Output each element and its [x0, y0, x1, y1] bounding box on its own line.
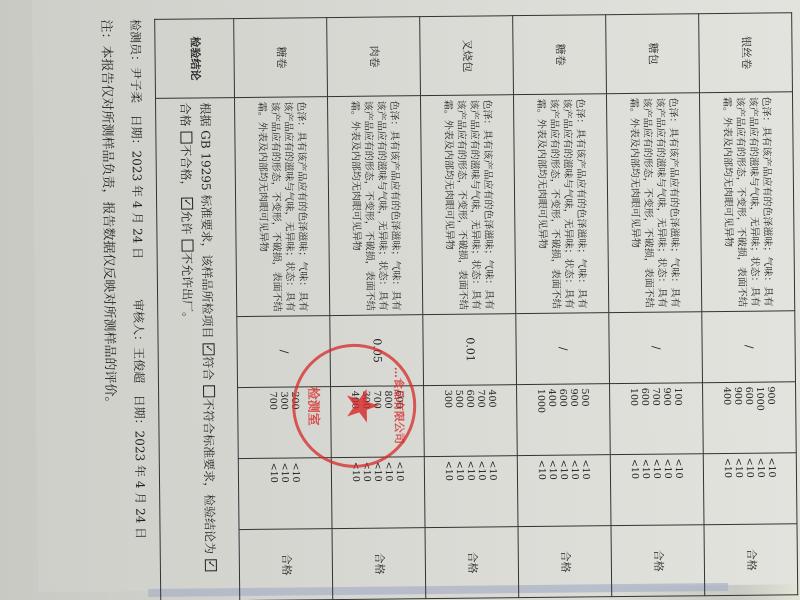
conclusion-label: 检验结论	[155, 19, 235, 99]
reviewer-date-label: 日期：	[132, 395, 146, 431]
coliform-limits: <10<10<10	[238, 458, 332, 530]
checkbox-pass[interactable]	[205, 559, 217, 571]
coliform-limits: <10<10<10<10<10	[703, 453, 797, 525]
checkbox-allow[interactable]	[181, 197, 193, 209]
conclusion-row: 检验结论 根据 GB 19295 标准要求，该样品所检项目 符合 不符合标准要求…	[155, 19, 240, 600]
star-icon: ★	[339, 347, 384, 465]
sensory-description: 色泽：具有该产品应有的色泽滋味；气味：具有该产品应有的滋味与气味，无异味；状态：…	[606, 93, 701, 313]
label-nonconform: 不符合标准要求，检验结论为	[201, 398, 217, 554]
label-conform: 符合	[201, 356, 215, 380]
table-row: 糖包色泽：具有该产品应有的色泽滋味；气味：具有该产品应有的滋味与气味，无异味；状…	[606, 14, 705, 597]
report-note: 注：本报告仅对所测样品负责，报告数据仅反映对所测样品的评价。	[98, 19, 123, 579]
sensory-description: 色泽：具有该产品应有的色泽滋味；气味：具有该产品应有的滋味与气味，无异味；状态：…	[513, 94, 608, 314]
table-row: 银丝卷色泽：具有该产品应有的色泽滋味；气味：具有该产品应有的滋味与气味，无异味；…	[699, 13, 798, 596]
report-sheet: 银丝卷色泽：具有该产品应有的色泽滋味；气味：具有该产品应有的滋味与气味，无异味；…	[98, 12, 798, 579]
product-name: 肉卷	[327, 17, 421, 97]
label-fail: 不合格，	[178, 144, 193, 192]
reviewer: 审核人：王俊超 日期：2023 年 4 月 24 日	[130, 299, 150, 539]
reviewer-name: 王俊超	[132, 347, 146, 383]
result: 合格	[239, 529, 333, 600]
inspection-table: 银丝卷色泽：具有该产品应有的色泽滋味；气味：具有该产品应有的滋味与气味，无异味；…	[154, 12, 798, 600]
checkbox-nonconform[interactable]	[203, 385, 215, 397]
checkbox-fail[interactable]	[180, 131, 192, 143]
table-row: 肉卷色泽：具有该产品应有的色泽滋味；气味：具有该产品应有的滋味与气味，无异味；状…	[327, 17, 426, 600]
official-seal: …食品有限公司 ★ 检测室	[292, 343, 417, 468]
seal-top-text: …食品有限公司	[391, 346, 408, 464]
measured-value: /	[702, 311, 796, 383]
reviewer-label: 审核人：	[131, 299, 146, 347]
coliform-limits: <10<10<10<10<10	[610, 454, 704, 526]
inspector-label: 检测员：	[128, 19, 143, 67]
seal-bottom-text: 检测室	[305, 347, 325, 465]
sensory-description: 色泽：具有该产品应有的色泽滋味；气味：具有该产品应有的滋味与气味，无异味；状态：…	[327, 96, 422, 316]
table-row: 叉烧包色泽：具有该产品应有的色泽滋味；气味：具有该产品应有的滋味与气味，无异味；…	[420, 16, 519, 599]
table-row: 糖卷色泽：具有该产品应有的色泽滋味；气味：具有该产品应有的滋味与气味，无异味；状…	[234, 18, 333, 600]
measured-value: /	[609, 312, 703, 384]
conclusion-body: 根据 GB 19295 标准要求，该样品所检项目 符合 不符合标准要求，检验结论…	[155, 98, 239, 600]
coliform-limits: <10<10<10<10<10	[331, 457, 425, 529]
inspector: 检测员：尹子柔 日期：2023 年 4 月 24 日	[127, 19, 147, 259]
sensory-description: 色泽：具有该产品应有的色泽滋味；气味：具有该产品应有的滋味与气味，无异味；状态：…	[234, 97, 329, 317]
colony-counts: 9001000600900400	[703, 382, 797, 454]
conclusion-text: 根据 GB 19295 标准要求，该样品所检项目	[198, 102, 214, 338]
coliform-limits: <10<10<10<10<10	[517, 455, 611, 527]
checkbox-conform[interactable]	[203, 343, 215, 355]
product-name: 糖卷	[513, 15, 607, 95]
result: 合格	[518, 526, 612, 598]
report-paper: 银丝卷色泽：具有该产品应有的色泽滋味；气味：具有该产品应有的滋味与气味，无异味；…	[32, 0, 800, 592]
result: 合格	[704, 524, 798, 596]
label-allow: 允许	[179, 210, 193, 234]
result: 合格	[332, 528, 426, 600]
sensory-description: 色泽：具有该产品应有的色泽滋味；气味：具有该产品应有的滋味与气味，无异味；状态：…	[420, 95, 515, 315]
result: 合格	[611, 525, 705, 597]
sensory-description: 色泽：具有该产品应有的色泽滋味；气味：具有该产品应有的滋味与气味，无异味；状态：…	[699, 92, 794, 312]
checkbox-disallow[interactable]	[181, 239, 193, 251]
inspector-date: 2023 年 4 月 24 日	[130, 151, 145, 260]
colony-counts: 5009006004001000	[517, 384, 611, 456]
inspector-name: 尹子柔	[129, 67, 143, 103]
product-name: 糖卷	[234, 18, 328, 98]
measured-value: 0.01	[423, 314, 517, 386]
result: 合格	[425, 527, 519, 599]
coliform-limits: <10<10<10<10<10	[424, 456, 518, 528]
label-disallow: 不允许出厂。	[180, 252, 195, 324]
colony-counts: 400700600500300	[424, 385, 518, 457]
product-name: 银丝卷	[699, 13, 793, 93]
label-pass: 合格	[178, 103, 192, 127]
table-row: 糖卷色泽：具有该产品应有的色泽滋味；气味：具有该产品应有的滋味与气味，无异味；状…	[513, 15, 612, 598]
reviewer-date: 2023 年 4 月 24 日	[132, 431, 147, 540]
signature-line: 检测员：尹子柔 日期：2023 年 4 月 24 日 审核人：王俊超 日期：20…	[127, 19, 150, 579]
inspector-date-label: 日期：	[129, 115, 143, 151]
product-name: 叉烧包	[420, 16, 514, 96]
product-name: 糖包	[606, 14, 700, 94]
colony-counts: 100900700600100	[610, 383, 704, 455]
measured-value: /	[516, 313, 610, 385]
